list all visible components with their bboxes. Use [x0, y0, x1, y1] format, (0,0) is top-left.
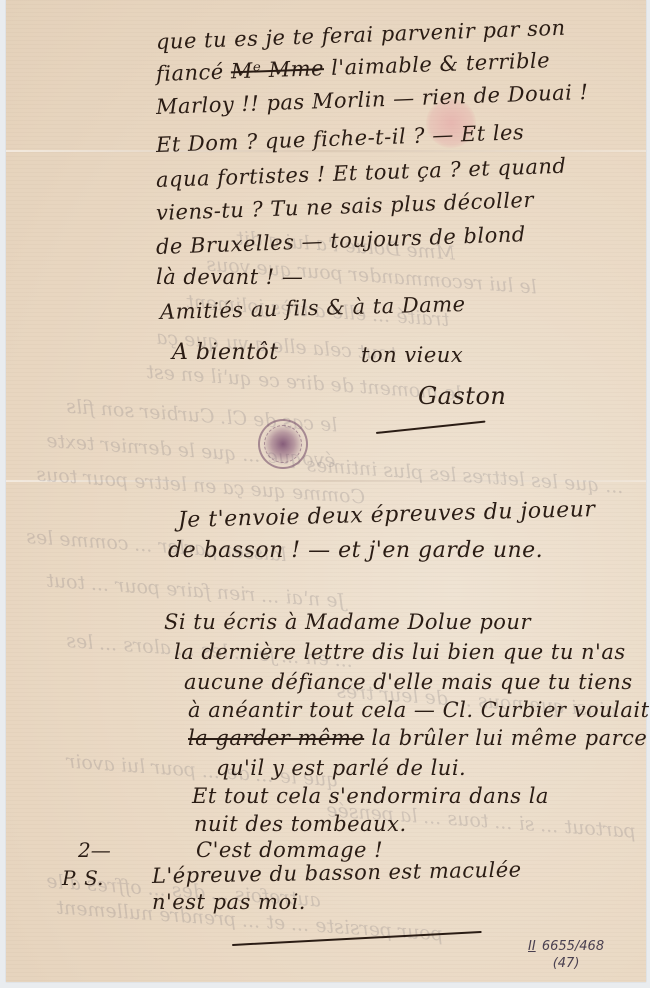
letter-line: de basson ! — et j'en garde une.: [168, 538, 543, 563]
letter-line: que tu es je te ferai parvenir par son: [156, 16, 566, 54]
archive-series: II: [528, 939, 536, 954]
letter-line: Marloy !! pas Morlin — rien de Douai !: [156, 80, 589, 119]
archive-shelfmark: II 6655/468: [528, 938, 604, 955]
letter-line: Je t'envoie deux épreuves du joueur: [178, 497, 596, 533]
letter-line: C'est dommage !: [196, 838, 383, 862]
struck-out-text: la garder même: [188, 726, 364, 750]
postscript-line: n'est pas moi.: [152, 890, 306, 914]
struck-out-text: Mᵉ Mme: [230, 56, 324, 83]
closing-ton-vieux: ton vieux: [361, 343, 463, 367]
letter-text: la brûler lui même parce: [364, 726, 647, 750]
letter-line: aucune défiance d'elle mais que tu tiens: [184, 670, 633, 694]
letter-line: aqua fortistes ! Et tout ça ? et quand: [156, 154, 567, 192]
signature-underline: [376, 421, 486, 434]
letter-line: la garder même la brûler lui même parce: [188, 726, 647, 750]
letter-line: nuit des tombeaux.: [194, 812, 407, 836]
archive-reference: II 6655/468 (47): [528, 938, 604, 972]
bleed-through-text: ... que les lettres les plus intimes: [306, 454, 625, 498]
signature: Gaston: [418, 382, 506, 410]
letter-page: Mme Dolue l'a lui a dit le lui recommand…: [6, 0, 646, 982]
letter-line: fiancé Mᵉ Mme l'aimable & terrible: [156, 48, 551, 86]
letter-line: à anéantir tout cela — Cl. Curbier voula…: [188, 698, 650, 722]
letter-line: Si tu écris à Madame Dolue pour: [164, 610, 531, 634]
letter-line: là devant ! —: [156, 265, 303, 289]
letter-line: viens-tu ? Tu ne sais plus décoller: [156, 188, 535, 225]
letter-line: Et tout cela s'endormira dans la: [192, 784, 549, 808]
letter-text: l'aimable & terrible: [324, 48, 551, 80]
letter-line: la dernière lettre dis lui bien que tu n…: [174, 640, 626, 664]
postscript-line: L'épreuve du basson est maculée: [152, 858, 522, 888]
violet-library-stamp: [258, 419, 308, 469]
bleed-through-text: Je n'ai ... rien faire pour ... tout: [46, 570, 346, 613]
letter-line: de Bruxelles — toujours de blond: [156, 222, 527, 259]
letter-text: fiancé: [156, 59, 232, 86]
page-number-note: 2—: [78, 838, 111, 862]
archive-folio: (47): [528, 955, 604, 972]
letter-line: qu'il y est parlé de lui.: [216, 756, 466, 780]
closing-greeting: Amitiés au fils & à ta Dame: [160, 292, 466, 324]
closing-bientot: A bientôt: [172, 340, 279, 365]
bleed-through-text: le moment de dire ce qu'il en est: [146, 361, 463, 405]
paper-fold-line: [6, 480, 646, 482]
closing-rule: [232, 931, 482, 946]
postscript-label: P. S.: [62, 866, 103, 890]
bleed-through-text: Comme que ça en lettre pour tous: [36, 464, 366, 509]
archive-number: 6655/468: [542, 939, 604, 954]
